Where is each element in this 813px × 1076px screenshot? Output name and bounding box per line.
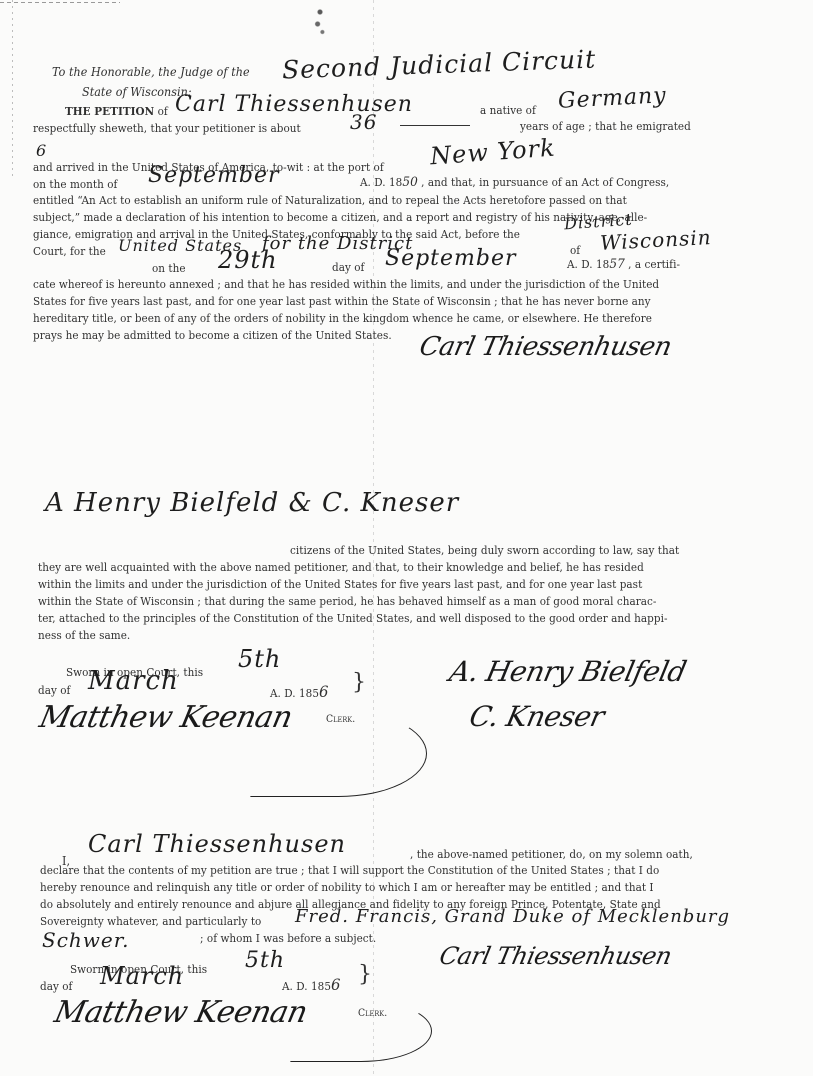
judge-prefix: To the Honorable, the Judge of the: [52, 65, 250, 79]
oath-clerk-signature: Matthew Keenan: [51, 995, 310, 1030]
oath-sovereignty-line: Sovereignty whatever, and particularly t…: [40, 915, 261, 928]
witness-line-6: ness of the same.: [38, 629, 130, 642]
witness-line-2: they are well acquainted with the above …: [38, 561, 644, 574]
port-of-arrival: New York: [429, 134, 556, 171]
oath-sovereign: Fred. Francis, Grand Duke of Mecklenburg: [295, 906, 730, 927]
court-for-label: Court, for the: [33, 245, 106, 258]
on-the-label: on the: [152, 262, 186, 275]
oath-ad-label: A. D. 185: [282, 980, 331, 993]
witness-names-handwritten: A Henry Bielfeld & C. Kneser: [45, 488, 459, 518]
oath-line-2: declare that the contents of my petition…: [40, 864, 659, 877]
entitled-line: entitled “An Act to establish an uniform…: [33, 194, 627, 207]
age-value: 36: [350, 110, 377, 134]
pursuance-text: , and that, in pursuance of an Act of Co…: [421, 176, 669, 189]
ad-label: A. D. 18: [360, 176, 402, 189]
arrival-year-line: A. D. 1850 , and that, in pursuance of a…: [360, 175, 669, 190]
witness-ad-label: A. D. 185: [270, 687, 319, 700]
oath-signature: Carl Thiessenhusen: [437, 942, 674, 970]
margin-mark: 6: [36, 141, 47, 160]
witness-signature-2: C. Kneser: [466, 700, 607, 733]
petition-body-line-4: prays he may be admitted to become a cit…: [33, 329, 392, 342]
petition-body-line-2: States for five years last past, and for…: [33, 295, 651, 308]
witness-line-1: citizens of the United States, being dul…: [290, 544, 679, 557]
witness-line-4: within the State of Wisconsin ; that dur…: [38, 595, 656, 608]
oath-sovereign-2: Schwer.: [42, 928, 129, 952]
age-dash: [400, 125, 470, 126]
petition-body-line-1: cate whereof is hereunto annexed ; and t…: [33, 278, 659, 291]
witness-line-3: within the limits and under the jurisdic…: [38, 578, 642, 591]
clerk-flourish: [250, 710, 427, 797]
petition-body-line-3: hereditary title, or been of any of the …: [33, 312, 652, 325]
witness-brace: }: [352, 670, 366, 695]
oath-ad-line: A. D. 1856: [282, 975, 341, 994]
of-label-2: of: [570, 244, 580, 257]
oath-day-of-label: day of: [40, 980, 72, 993]
oath-line-1: , the above-named petitioner, do, on my …: [410, 848, 693, 861]
petition-label: THE PETITION: [65, 104, 154, 118]
ad-label-2: A. D. 18: [567, 258, 609, 271]
court-name-handwritten: Second Judicial Circuit: [282, 45, 597, 85]
witness-line-5: ter, attached to the principles of the C…: [38, 612, 668, 625]
witness-sworn-month: March: [88, 666, 179, 696]
arrival-year: 50: [402, 175, 417, 190]
petitioner-signature: Carl Thiessenhusen: [417, 332, 674, 362]
arrival-month: September: [148, 163, 280, 188]
of-label: of: [158, 105, 168, 118]
native-of-label: a native of: [480, 104, 536, 117]
witness-sworn-day: 5th: [238, 645, 281, 673]
ink-blot: [308, 0, 332, 40]
age-suffix: years of age ; that he emigrated: [520, 120, 691, 133]
witness-day-of-label: day of: [38, 684, 70, 697]
oath-name: Carl Thiessenhusen: [88, 830, 346, 858]
witness-year-digit: 6: [319, 682, 329, 701]
declaration-month: September: [385, 246, 517, 271]
oath-subject-line: ; of whom I was before a subject.: [200, 932, 376, 945]
witness-signature-1: A. Henry Bielfeld: [446, 655, 689, 688]
certif-text: , a certifi-: [628, 258, 680, 271]
court-state: Wisconsin: [599, 225, 712, 255]
oath-year-digit: 6: [331, 975, 341, 994]
subject-line: subject,” made a declaration of his inte…: [33, 211, 647, 224]
oath-line-3: hereby renounce and relinquish any title…: [40, 881, 654, 894]
native-country: Germany: [557, 83, 667, 114]
top-dotted-rule: [0, 2, 120, 3]
declaration-year: 57: [609, 257, 624, 272]
month-label: on the month of: [33, 178, 117, 191]
oath-sworn-day: 5th: [245, 948, 285, 973]
oath-sworn-month: March: [100, 962, 184, 990]
day-of-label: day of: [332, 261, 364, 274]
oath-brace: }: [358, 962, 372, 987]
declaration-day: 29th: [218, 246, 278, 274]
declaration-year-line: A. D. 1857 , a certifi-: [567, 257, 680, 272]
witness-ad-line: A. D. 1856: [270, 682, 329, 701]
left-fold-line: [12, 0, 13, 180]
respectfully-line: respectfully sheweth, that your petition…: [33, 122, 301, 135]
petition-label-line: THE PETITION of: [65, 104, 168, 118]
oath-clerk-flourish: [290, 1000, 432, 1062]
